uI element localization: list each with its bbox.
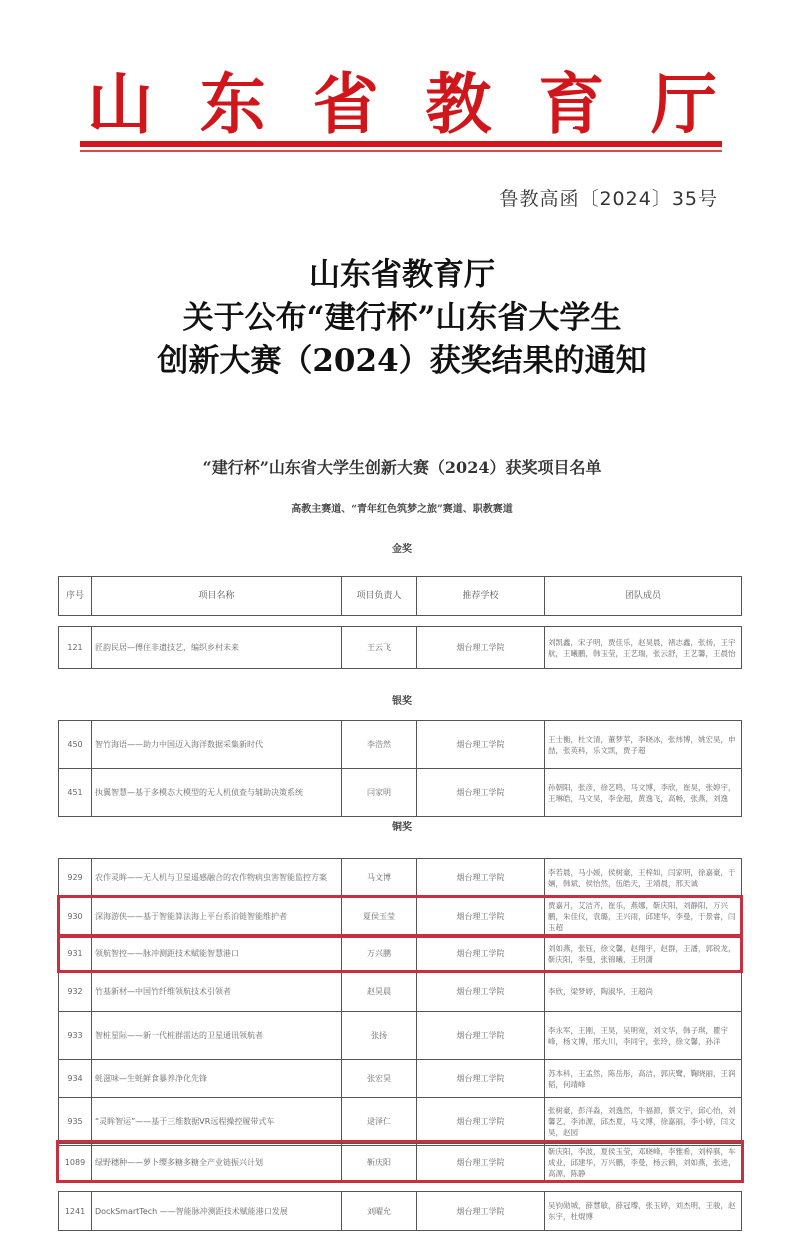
row-school: 烟台理工学院 (417, 859, 545, 897)
row-school: 烟台理工学院 (417, 936, 545, 972)
table-row: 933 智桩星际——新一代桩群雷达的卫星通讯领航者 张扬 烟台理工学院 李永军，… (59, 1012, 742, 1060)
row-project-name: 竹基新材—中国竹纤维领航技术引领者 (92, 972, 342, 1012)
row-leader: 李浩然 (342, 721, 417, 769)
section-label-silver: 银奖 (0, 692, 804, 707)
award-list-title: “建行杯”山东省大学生创新大赛（2024）获奖项目名单 (0, 455, 804, 478)
table-row: 934 蚝滋味—生蚝鲜食暴养净化先锋 张宏昊 烟台理工学院 苏本科，王孟然，陈岳… (59, 1060, 742, 1098)
table-row: 929 农作灵眸——无人机与卫星遥感融合的农作物病虫害智能监控方案 马文博 烟台… (59, 859, 742, 897)
table-header: 序号 项目名称 项目负责人 推荐学校 团队成员 (58, 576, 742, 616)
section-label-gold: 金奖 (0, 540, 804, 555)
row-leader: 靳庆阳 (342, 1144, 417, 1182)
row-project-name: 深海游侠——基于智能算法海上平台系泊链智能维护者 (92, 897, 342, 936)
row-leader: 张扬 (342, 1012, 417, 1060)
row-project-name: 蚝滋味—生蚝鲜食暴养净化先锋 (92, 1060, 342, 1098)
row-project-name: 绿野穗种——萝卜缨多糖多糖全产业链振兴计划 (92, 1144, 342, 1182)
tracks-subtitle: 高教主赛道、“青年红色筑梦之旅”赛道、职教赛道 (0, 500, 804, 515)
header-leader: 项目负责人 (342, 577, 417, 616)
silver-award-table: 450 智竹海语——助力中国迈入海洋数据采集新时代 李浩然 烟台理工学院 王士衡… (58, 720, 742, 817)
row-members: 苏本科，王孟然，陈岳彤，高洁，郭庆鹭，鞠晓丽，王润韬，何靖峰 (545, 1060, 742, 1098)
row-members: 刘如燕，张钰，徐文馨，赵翔宇，赵群，王潘，郭锐龙，靳庆阳，李曼，张锦曦，王玥潇 (545, 936, 742, 972)
row-members: 吴钧勋城，薛慧敏，薛冠瓈，张玉婷，刘杰明，王骏，赵东宇，杜焜博 (545, 1192, 742, 1231)
row-members: 李永军，王刚，王昊，吴明宽，刘文华，韩子琪，瞿宇峰，杨文博，邢大川，李同宇，张玲… (545, 1012, 742, 1060)
masthead-char: 育 (531, 51, 611, 146)
row-school: 烟台理工学院 (417, 897, 545, 936)
table-row: 121 匠韵民居—傅住非遗技艺，编织乡村未来 王云飞 烟台理工学院 刘凯鑫，宋子… (59, 627, 742, 669)
row-school: 烟台理工学院 (417, 1192, 545, 1231)
row-leader: 万兴鹏 (342, 936, 417, 972)
row-school: 烟台理工学院 (417, 1012, 545, 1060)
table-row-highlighted: 1089 绿野穗种——萝卜缨多糖多糖全产业链振兴计划 靳庆阳 烟台理工学院 靳庆… (59, 1144, 742, 1182)
row-members: 贾嘉月，艾洁齐，崔乐，燕娜，靳庆阳，刘静阳，万兴鹏，朱佳仪，袁璐，王兴雨，邱建华… (545, 897, 742, 936)
table-row: 1241 DockSmartTech ——智能脉冲测距技术赋能港口发展 刘曜允 … (59, 1192, 742, 1231)
row-leader: 夏侯玉莹 (342, 897, 417, 936)
masthead-char: 教 (418, 51, 498, 146)
row-project-name: “灵眸智运”——基于三维数据VR远程操控履带式车 (92, 1098, 342, 1146)
row-school: 烟台理工学院 (417, 972, 545, 1012)
masthead-red-rule-thick (80, 141, 722, 147)
row-no: 934 (59, 1060, 92, 1098)
table-row: 935 “灵眸智运”——基于三维数据VR远程操控履带式车 逯泽仁 烟台理工学院 … (59, 1098, 742, 1146)
row-members: 刘凯鑫，宋子明，贾佳乐，赵昊晨，褚志鑫，张扬，王宇航，王曦鹏，韩玉莹，王艺瑞，张… (545, 627, 742, 669)
row-leader: 赵昊晨 (342, 972, 417, 1012)
table-row-highlighted: 930 深海游侠——基于智能算法海上平台系泊链智能维护者 夏侯玉莹 烟台理工学院… (59, 897, 742, 936)
row-school: 烟台理工学院 (417, 1144, 545, 1182)
row-leader: 逯泽仁 (342, 1098, 417, 1146)
row-no: 929 (59, 859, 92, 897)
notice-title-line-3: 创新大赛（2024）获奖结果的通知 (0, 340, 804, 383)
bronze-award-table: 929 农作灵眸——无人机与卫星遥感融合的农作物病虫害智能监控方案 马文博 烟台… (58, 858, 742, 1146)
row-no: 933 (59, 1012, 92, 1060)
row-school: 烟台理工学院 (417, 721, 545, 769)
row-no: 935 (59, 1098, 92, 1146)
row-leader: 马文博 (342, 859, 417, 897)
row-school: 烟台理工学院 (417, 1098, 545, 1146)
row-project-name: 执翼智慧—基于多模态大模型的无人机侦查与辅助决策系统 (92, 769, 342, 817)
table-row: 450 智竹海语——助力中国迈入海洋数据采集新时代 李浩然 烟台理工学院 王士衡… (59, 721, 742, 769)
masthead-red-rule-thin (80, 150, 722, 152)
masthead-char: 厅 (644, 51, 724, 146)
row-leader: 闫家明 (342, 769, 417, 817)
masthead-title: 山 东 省 教 育 厅 (80, 58, 724, 138)
row-project-name: 智桩星际——新一代桩群雷达的卫星通讯领航者 (92, 1012, 342, 1060)
row-members: 张树豪，彭洋淼，刘逸然，牛福源，蔡文宇，邱心怡，刘馨艺，李沛源，邱杰夏，马文博，… (545, 1098, 742, 1146)
row-school: 烟台理工学院 (417, 1060, 545, 1098)
header-members: 团队成员 (545, 577, 742, 616)
section-label-bronze: 铜奖 (0, 818, 804, 833)
row-leader: 王云飞 (342, 627, 417, 669)
row-project-name: 智竹海语——助力中国迈入海洋数据采集新时代 (92, 721, 342, 769)
row-leader: 刘曜允 (342, 1192, 417, 1231)
notice-title-line-2: 关于公布“建行杯”山东省大学生 (0, 297, 804, 340)
row-no: 1241 (59, 1192, 92, 1231)
header-project-name: 项目名称 (92, 577, 342, 616)
additional-award-table-1089: 1089 绿野穗种——萝卜缨多糖多糖全产业链振兴计划 靳庆阳 烟台理工学院 靳庆… (58, 1143, 742, 1182)
row-project-name: DockSmartTech ——智能脉冲测距技术赋能港口发展 (92, 1192, 342, 1231)
row-no: 932 (59, 972, 92, 1012)
header-school: 推荐学校 (417, 577, 545, 616)
row-no: 450 (59, 721, 92, 769)
row-members: 靳庆阳，李波，夏侯玉莹，邓晓峰，李雅希，刘梓骐，车成业，邱建华，万兴鹏，李曼，杨… (545, 1144, 742, 1182)
row-project-name: 领航智控——脉冲测距技术赋能智慧港口 (92, 936, 342, 972)
row-members: 王士衡，杜文清，董梦苹，李晓冰，张炜博，姚宏昊，申喆，张英科，乐文凯，贾子超 (545, 721, 742, 769)
table-row-highlighted: 931 领航智控——脉冲测距技术赋能智慧港口 万兴鹏 烟台理工学院 刘如燕，张钰… (59, 936, 742, 972)
row-no: 931 (59, 936, 92, 972)
masthead-char: 东 (193, 51, 273, 146)
row-members: 李若晨，马小媛，侯树豪，王梓如，闫家明，徐嘉豪，于婳，韩斌，侯怡然，伍皓天，王靖… (545, 859, 742, 897)
row-no: 451 (59, 769, 92, 817)
row-members: 李欣，梁梦婷，陶淑华，王超尚 (545, 972, 742, 1012)
masthead-char: 省 (306, 51, 386, 146)
row-school: 烟台理工学院 (417, 627, 545, 669)
notice-title-line-1: 山东省教育厅 (0, 254, 804, 297)
row-project-name: 农作灵眸——无人机与卫星遥感融合的农作物病虫害智能监控方案 (92, 859, 342, 897)
row-no: 930 (59, 897, 92, 936)
row-project-name: 匠韵民居—傅住非遗技艺，编织乡村未来 (92, 627, 342, 669)
table-row: 932 竹基新材—中国竹纤维领航技术引领者 赵昊晨 烟台理工学院 李欣，梁梦婷，… (59, 972, 742, 1012)
row-no: 121 (59, 627, 92, 669)
header-no: 序号 (59, 577, 92, 616)
additional-award-table-1241: 1241 DockSmartTech ——智能脉冲测距技术赋能港口发展 刘曜允 … (58, 1191, 742, 1231)
row-no: 1089 (59, 1144, 92, 1182)
table-row: 451 执翼智慧—基于多模态大模型的无人机侦查与辅助决策系统 闫家明 烟台理工学… (59, 769, 742, 817)
row-leader: 张宏昊 (342, 1060, 417, 1098)
row-school: 烟台理工学院 (417, 769, 545, 817)
gold-award-table: 121 匠韵民居—傅住非遗技艺，编织乡村未来 王云飞 烟台理工学院 刘凯鑫，宋子… (58, 626, 742, 669)
masthead-char: 山 (80, 51, 160, 146)
row-members: 孙朝阳，张彦，徐艺鸣，马文博，李欣，崔昊，张婷宇，王琳皓，马文昊，李金超，黄逸飞… (545, 769, 742, 817)
document-number: 鲁教高函〔2024〕35号 (499, 184, 718, 211)
